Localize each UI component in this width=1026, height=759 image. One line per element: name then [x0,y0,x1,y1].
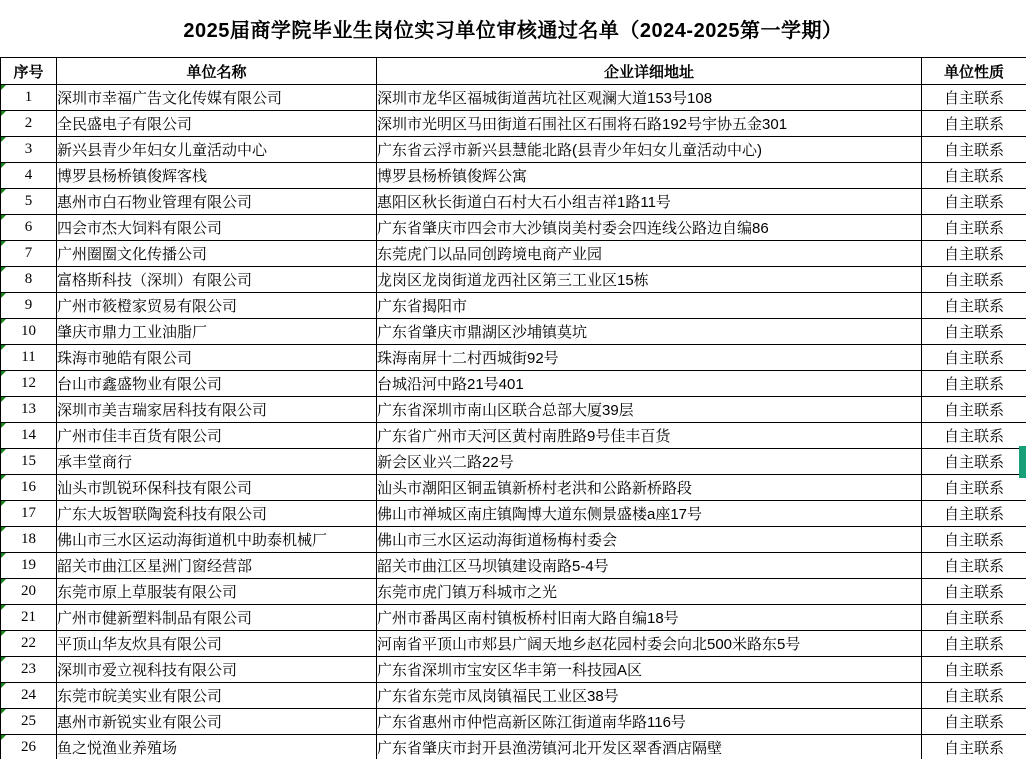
company-address-cell[interactable]: 博罗县杨桥镇俊辉公寓 [377,163,922,189]
contact-type-cell[interactable]: 自主联系 [922,137,1026,163]
row-number-cell[interactable]: 6 [1,215,57,241]
cell-flag-triangle-icon [1,605,6,610]
company-address-cell[interactable]: 河南省平顶山市郏县广阔天地乡赵花园村委会向北500米路东5号 [377,631,922,657]
cell-flag-triangle-icon [1,293,6,298]
table-row: 9广州市筱橙家贸易有限公司广东省揭阳市自主联系 [1,293,1026,319]
company-address-cell[interactable]: 广州市番禺区南村镇板桥村旧南大路自编18号 [377,605,922,631]
row-number-cell[interactable]: 4 [1,163,57,189]
contact-type-cell[interactable]: 自主联系 [922,501,1026,527]
cell-flag-triangle-icon [1,371,6,376]
cell-flag-triangle-icon [1,683,6,688]
row-number-cell[interactable]: 22 [1,631,57,657]
company-address-cell[interactable]: 广东省深圳市宝安区华丰第一科技园A区 [377,657,922,683]
table-row: 15承丰堂商行新会区业兴二路22号自主联系 [1,449,1026,475]
header-row: 序号 单位名称 企业详细地址 单位性质 [1,58,1026,85]
contact-type-cell[interactable]: 自主联系 [922,631,1026,657]
cell-flag-triangle-icon [1,345,6,350]
company-address-cell[interactable]: 汕头市潮阳区铜盂镇新桥村老洪和公路新桥路段 [377,475,922,501]
company-name-cell[interactable]: 东莞市皖美实业有限公司 [57,683,377,709]
table-row: 20东莞市原上草服装有限公司东莞市虎门镇万科城市之光自主联系 [1,579,1026,605]
approval-table: 序号 单位名称 企业详细地址 单位性质 1深圳市幸福广告文化传媒有限公司深圳市龙… [0,57,1026,759]
row-number-cell[interactable]: 23 [1,657,57,683]
table-row: 26鱼之悦渔业养殖场广东省肇庆市封开县渔涝镇河北开发区翠香酒店隔壁自主联系 [1,735,1026,759]
company-name-cell[interactable]: 佛山市三水区运动海街道机中助泰机械厂 [57,527,377,553]
contact-type-cell[interactable]: 自主联系 [922,241,1026,267]
table-row: 17广东大坂智联陶瓷科技有限公司佛山市禅城区南庄镇陶博大道东侧景盛楼a座17号自… [1,501,1026,527]
company-address-cell[interactable]: 东莞市虎门镇万科城市之光 [377,579,922,605]
cell-flag-triangle-icon [1,709,6,714]
company-name-cell[interactable]: 四会市杰大饲料有限公司 [57,215,377,241]
selection-indicator [1019,446,1026,478]
table-row: 11珠海市驰皓有限公司珠海南屏十二村西城街92号自主联系 [1,345,1026,371]
table-row: 21广州市健新塑料制品有限公司广州市番禺区南村镇板桥村旧南大路自编18号自主联系 [1,605,1026,631]
company-name-cell[interactable]: 广州圈圈文化传播公司 [57,241,377,267]
table-row: 19韶关市曲江区星洲门窗经营部韶关市曲江区马坝镇建设南路5-4号自主联系 [1,553,1026,579]
company-address-cell[interactable]: 韶关市曲江区马坝镇建设南路5-4号 [377,553,922,579]
company-address-cell[interactable]: 广东省东莞市凤岗镇福民工业区38号 [377,683,922,709]
contact-type-cell[interactable]: 自主联系 [922,527,1026,553]
contact-type-cell[interactable]: 自主联系 [922,111,1026,137]
table-row: 16汕头市凯锐环保科技有限公司汕头市潮阳区铜盂镇新桥村老洪和公路新桥路段自主联系 [1,475,1026,501]
contact-type-cell[interactable]: 自主联系 [922,319,1026,345]
row-number-cell[interactable]: 19 [1,553,57,579]
cell-flag-triangle-icon [1,241,6,246]
company-address-cell[interactable]: 台城沿河中路21号401 [377,371,922,397]
cell-flag-triangle-icon [1,475,6,480]
cell-flag-triangle-icon [1,553,6,558]
cell-flag-triangle-icon [1,579,6,584]
contact-type-cell[interactable]: 自主联系 [922,215,1026,241]
company-address-cell[interactable]: 惠阳区秋长街道白石村大石小组吉祥1路11号 [377,189,922,215]
header-cell-address[interactable]: 企业详细地址 [377,58,922,85]
row-number-cell[interactable]: 5 [1,189,57,215]
table-row: 23深圳市爱立视科技有限公司广东省深圳市宝安区华丰第一科技园A区自主联系 [1,657,1026,683]
row-number-cell[interactable]: 1 [1,85,57,111]
row-number-cell[interactable]: 20 [1,579,57,605]
company-address-cell[interactable]: 深圳市光明区马田街道石围社区石围将石路192号宇协五金301 [377,111,922,137]
company-name-cell[interactable]: 深圳市幸福广告文化传媒有限公司 [57,85,377,111]
contact-type-cell[interactable]: 自主联系 [922,553,1026,579]
cell-flag-triangle-icon [1,397,6,402]
company-name-cell[interactable]: 承丰堂商行 [57,449,377,475]
table-row: 1深圳市幸福广告文化传媒有限公司深圳市龙华区福城街道茜坑社区观澜大道153号10… [1,85,1026,111]
company-address-cell[interactable]: 广东省肇庆市四会市大沙镇岗美村委会四连线公路边自编86 [377,215,922,241]
cell-flag-triangle-icon [1,267,6,272]
company-address-cell[interactable]: 新会区业兴二路22号 [377,449,922,475]
contact-type-cell[interactable]: 自主联系 [922,735,1026,759]
table-row: 18佛山市三水区运动海街道机中助泰机械厂佛山市三水区运动海街道杨梅村委会自主联系 [1,527,1026,553]
title-bar: 2025届商学院毕业生岗位实习单位审核通过名单（2024-2025第一学期） [0,0,1026,57]
row-number-cell[interactable]: 2 [1,111,57,137]
company-address-cell[interactable]: 佛山市三水区运动海街道杨梅村委会 [377,527,922,553]
contact-type-cell[interactable]: 自主联系 [922,189,1026,215]
company-name-cell[interactable]: 肇庆市鼎力工业油脂厂 [57,319,377,345]
row-number-cell[interactable]: 18 [1,527,57,553]
cell-flag-triangle-icon [1,215,6,220]
company-address-cell[interactable]: 广东省广州市天河区黄村南胜路9号佳丰百货 [377,423,922,449]
company-name-cell[interactable]: 惠州市新锐实业有限公司 [57,709,377,735]
header-cell-nature[interactable]: 单位性质 [922,58,1026,85]
company-name-cell[interactable]: 珠海市驰皓有限公司 [57,345,377,371]
contact-type-cell[interactable]: 自主联系 [922,449,1026,475]
table-row: 8富格斯科技（深圳）有限公司龙岗区龙岗街道龙西社区第三工业区15栋自主联系 [1,267,1026,293]
row-number-cell[interactable]: 21 [1,605,57,631]
row-number-cell[interactable]: 9 [1,293,57,319]
table-row: 22平顶山华友炊具有限公司河南省平顶山市郏县广阔天地乡赵花园村委会向北500米路… [1,631,1026,657]
company-name-cell[interactable]: 富格斯科技（深圳）有限公司 [57,267,377,293]
contact-type-cell[interactable]: 自主联系 [922,163,1026,189]
table-row: 24东莞市皖美实业有限公司广东省东莞市凤岗镇福民工业区38号自主联系 [1,683,1026,709]
company-name-cell[interactable]: 新兴县青少年妇女儿童活动中心 [57,137,377,163]
company-name-cell[interactable]: 平顶山华友炊具有限公司 [57,631,377,657]
header-cell-name[interactable]: 单位名称 [57,58,377,85]
table-row: 7广州圈圈文化传播公司东莞虎门以品同创跨境电商产业园自主联系 [1,241,1026,267]
cell-flag-triangle-icon [1,631,6,636]
cell-flag-triangle-icon [1,85,6,90]
header-cell-index[interactable]: 序号 [1,58,57,85]
company-address-cell[interactable]: 广东省深圳市南山区联合总部大厦39层 [377,397,922,423]
company-name-cell[interactable]: 惠州市白石物业管理有限公司 [57,189,377,215]
company-address-cell[interactable]: 广东省肇庆市鼎湖区沙埔镇莫坑 [377,319,922,345]
company-name-cell[interactable]: 全民盛电子有限公司 [57,111,377,137]
row-number-cell[interactable]: 13 [1,397,57,423]
company-name-cell[interactable]: 汕头市凯锐环保科技有限公司 [57,475,377,501]
company-name-cell[interactable]: 广州市筱橙家贸易有限公司 [57,293,377,319]
row-number-cell[interactable]: 11 [1,345,57,371]
row-number-cell[interactable]: 10 [1,319,57,345]
company-name-cell[interactable]: 广州市健新塑料制品有限公司 [57,605,377,631]
cell-flag-triangle-icon [1,111,6,116]
row-number-cell[interactable]: 14 [1,423,57,449]
table-row: 10肇庆市鼎力工业油脂厂广东省肇庆市鼎湖区沙埔镇莫坑自主联系 [1,319,1026,345]
row-number-cell[interactable]: 15 [1,449,57,475]
contact-type-cell[interactable]: 自主联系 [922,345,1026,371]
contact-type-cell[interactable]: 自主联系 [922,85,1026,111]
company-name-cell[interactable]: 东莞市原上草服装有限公司 [57,579,377,605]
contact-type-cell[interactable]: 自主联系 [922,579,1026,605]
contact-type-cell[interactable]: 自主联系 [922,267,1026,293]
company-address-cell[interactable]: 佛山市禅城区南庄镇陶博大道东侧景盛楼a座17号 [377,501,922,527]
contact-type-cell[interactable]: 自主联系 [922,709,1026,735]
company-name-cell[interactable]: 博罗县杨桥镇俊辉客栈 [57,163,377,189]
cell-flag-triangle-icon [1,423,6,428]
row-number-cell[interactable]: 17 [1,501,57,527]
cell-flag-triangle-icon [1,735,6,740]
row-number-cell[interactable]: 12 [1,371,57,397]
table-row: 4博罗县杨桥镇俊辉客栈博罗县杨桥镇俊辉公寓自主联系 [1,163,1026,189]
contact-type-cell[interactable]: 自主联系 [922,423,1026,449]
company-name-cell[interactable]: 广东大坂智联陶瓷科技有限公司 [57,501,377,527]
row-number-cell[interactable]: 7 [1,241,57,267]
company-address-cell[interactable]: 广东省云浮市新兴县慧能北路(县青少年妇女儿童活动中心) [377,137,922,163]
company-name-cell[interactable]: 韶关市曲江区星洲门窗经营部 [57,553,377,579]
company-address-cell[interactable]: 深圳市龙华区福城街道茜坑社区观澜大道153号108 [377,85,922,111]
table-row: 5惠州市白石物业管理有限公司惠阳区秋长街道白石村大石小组吉祥1路11号自主联系 [1,189,1026,215]
company-name-cell[interactable]: 深圳市美吉瑞家居科技有限公司 [57,397,377,423]
row-number-cell[interactable]: 8 [1,267,57,293]
company-address-cell[interactable]: 东莞虎门以品同创跨境电商产业园 [377,241,922,267]
table-row: 12台山市鑫盛物业有限公司台城沿河中路21号401自主联系 [1,371,1026,397]
table-row: 6四会市杰大饲料有限公司广东省肇庆市四会市大沙镇岗美村委会四连线公路边自编86自… [1,215,1026,241]
contact-type-cell[interactable]: 自主联系 [922,371,1026,397]
table-row: 13深圳市美吉瑞家居科技有限公司广东省深圳市南山区联合总部大厦39层自主联系 [1,397,1026,423]
cell-flag-triangle-icon [1,189,6,194]
company-address-cell[interactable]: 龙岗区龙岗街道龙西社区第三工业区15栋 [377,267,922,293]
row-number-cell[interactable]: 16 [1,475,57,501]
company-name-cell[interactable]: 深圳市爱立视科技有限公司 [57,657,377,683]
company-address-cell[interactable]: 广东省惠州市仲恺高新区陈江街道南华路116号 [377,709,922,735]
cell-flag-triangle-icon [1,527,6,532]
contact-type-cell[interactable]: 自主联系 [922,657,1026,683]
row-number-cell[interactable]: 25 [1,709,57,735]
cell-flag-triangle-icon [1,657,6,662]
cell-flag-triangle-icon [1,163,6,168]
table-row: 25惠州市新锐实业有限公司广东省惠州市仲恺高新区陈江街道南华路116号自主联系 [1,709,1026,735]
company-name-cell[interactable]: 广州市佳丰百货有限公司 [57,423,377,449]
table-row: 3新兴县青少年妇女儿童活动中心广东省云浮市新兴县慧能北路(县青少年妇女儿童活动中… [1,137,1026,163]
cell-flag-triangle-icon [1,501,6,506]
table-row: 14广州市佳丰百货有限公司广东省广州市天河区黄村南胜路9号佳丰百货自主联系 [1,423,1026,449]
contact-type-cell[interactable]: 自主联系 [922,683,1026,709]
contact-type-cell[interactable]: 自主联系 [922,475,1026,501]
row-number-cell[interactable]: 24 [1,683,57,709]
cell-flag-triangle-icon [1,137,6,142]
row-number-cell[interactable]: 26 [1,735,57,759]
company-name-cell[interactable]: 台山市鑫盛物业有限公司 [57,371,377,397]
contact-type-cell[interactable]: 自主联系 [922,605,1026,631]
company-name-cell[interactable]: 鱼之悦渔业养殖场 [57,735,377,759]
cell-flag-triangle-icon [1,449,6,454]
table-row: 2全民盛电子有限公司深圳市光明区马田街道石围社区石围将石路192号宇协五金301… [1,111,1026,137]
company-address-cell[interactable]: 珠海南屏十二村西城街92号 [377,345,922,371]
company-address-cell[interactable]: 广东省肇庆市封开县渔涝镇河北开发区翠香酒店隔壁 [377,735,922,759]
contact-type-cell[interactable]: 自主联系 [922,397,1026,423]
row-number-cell[interactable]: 3 [1,137,57,163]
company-address-cell[interactable]: 广东省揭阳市 [377,293,922,319]
page-title: 2025届商学院毕业生岗位实习单位审核通过名单（2024-2025第一学期） [183,14,842,43]
contact-type-cell[interactable]: 自主联系 [922,293,1026,319]
cell-flag-triangle-icon [1,319,6,324]
